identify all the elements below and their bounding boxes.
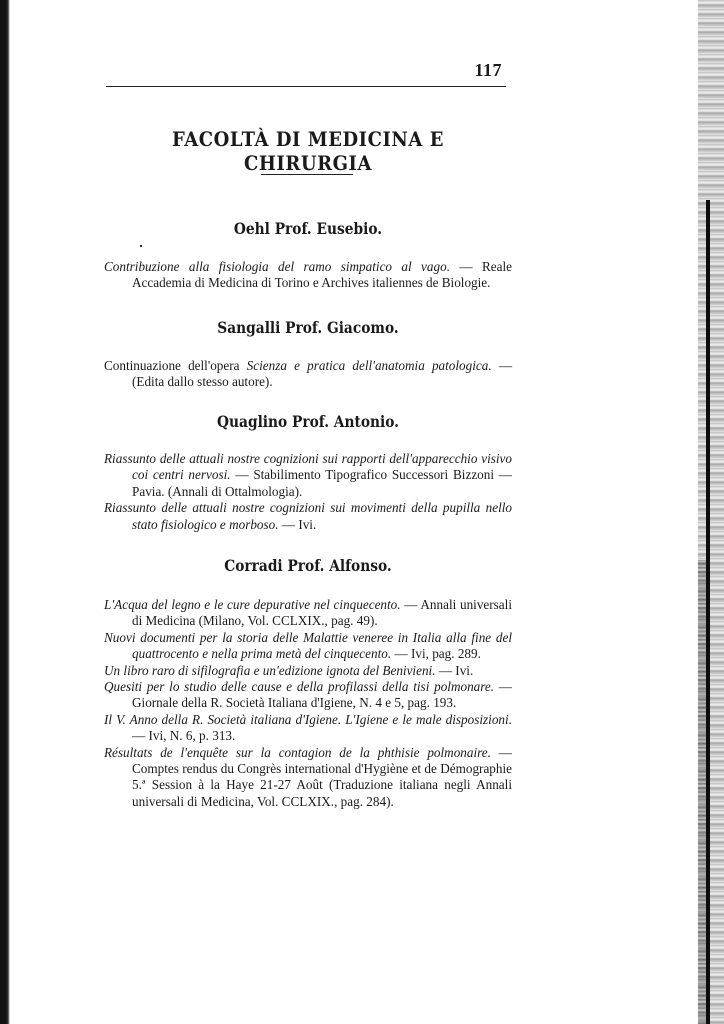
header-rule [106,86,506,87]
bibliography-entry: Résultats de l'enquête sur la contagion … [104,745,512,811]
entry-details: — Ivi, pag. 289. [391,646,481,661]
entry-title: Quesiti per lo studio delle cause e dell… [104,679,494,694]
author-entries: L'Acqua del legno e le cure depurative n… [104,597,512,810]
bibliography-entry: Il V. Anno della R. Società italiana d'I… [104,712,512,745]
stray-mark [140,245,142,247]
author-entries: Continuazione dell'opera Scienza e prati… [104,358,512,391]
author-heading: Sangalli Prof. Giacomo. [133,318,484,337]
scan-left-edge [0,0,10,1024]
author-entries: Riassunto delle attuali nostre cognizion… [104,451,512,533]
entry-prefix: Continuazione dell'opera [104,358,247,373]
author-heading: Corradi Prof. Alfonso. [133,556,484,575]
scan-right-edge [698,0,724,1024]
entry-title: Il V. Anno della R. Società italiana d'I… [104,712,512,727]
author-entries: Contribuzione alla fisiologia del ramo s… [104,259,512,292]
bibliography-entry: Nuovi documenti per la storia delle Mala… [104,630,512,663]
entry-title: Scienza e pratica dell'anatomia patologi… [247,358,492,373]
bibliography-entry: L'Acqua del legno e le cure depurative n… [104,597,512,630]
entry-details: — Ivi, N. 6, p. 313. [132,728,235,743]
entry-title: Contribuzione alla fisiologia del ramo s… [104,259,450,274]
author-heading: Oehl Prof. Eusebio. [133,219,484,238]
bibliography-entry: Quesiti per lo studio delle cause e dell… [104,679,512,712]
bibliography-entry: Riassunto delle attuali nostre cognizion… [104,500,512,533]
bibliography-entry: Contribuzione alla fisiologia del ramo s… [104,259,512,292]
bibliography-entry: Continuazione dell'opera Scienza e prati… [104,358,512,391]
entry-title: Résultats de l'enquête sur la contagion … [104,745,491,760]
entry-details: — Ivi. [279,517,317,532]
author-heading: Quaglino Prof. Antonio. [133,412,484,431]
section-title: FACOLTÀ DI MEDICINA E CHIRURGIA [124,127,491,175]
entry-title: Un libro raro di sifilografia e un'edizi… [104,663,436,678]
page-number: 117 [474,60,502,81]
title-rule [261,174,353,175]
entry-title: L'Acqua del legno e le cure depurative n… [104,597,401,612]
bibliography-entry: Un libro raro di sifilografia e un'edizi… [104,663,512,679]
entry-details: — Ivi. [436,663,474,678]
bibliography-entry: Riassunto delle attuali nostre cognizion… [104,451,512,500]
